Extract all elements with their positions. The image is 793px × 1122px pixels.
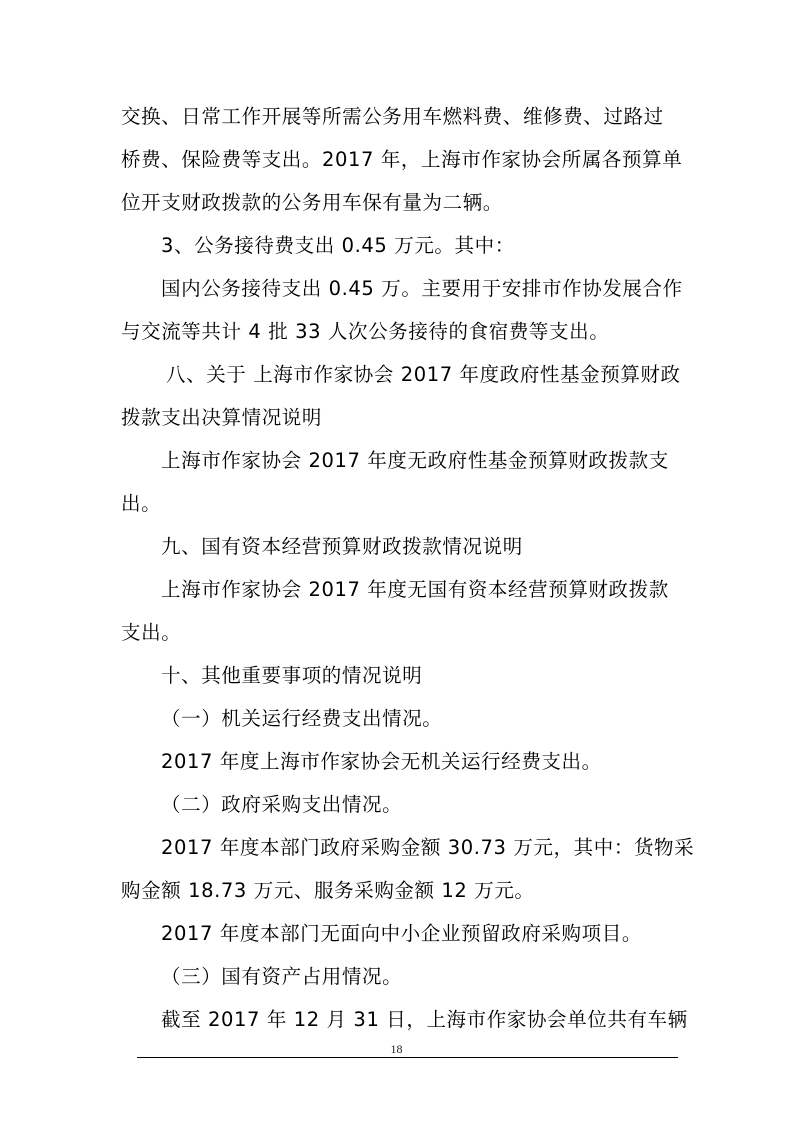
text-line: 出。 — [121, 492, 161, 516]
text-line: 桥费、保险费等支出。2017 年，上海市作家协会所属各预算单 — [121, 148, 682, 172]
subsection-heading-3: （三）国有资产占用情况。 — [161, 965, 402, 989]
section-heading-10: 十、其他重要事项的情况说明 — [161, 664, 422, 688]
text-line: 交换、日常工作开展等所需公务用车燃料费、维修费、过路过 — [121, 105, 664, 129]
text-line: 位开支财政拨款的公务用车保有量为二辆。 — [121, 191, 503, 215]
section-heading-9: 九、国有资本经营预算财政拨款情况说明 — [161, 535, 523, 559]
section-heading-8-cont: 拨款支出决算情况说明 — [121, 406, 322, 430]
text-line: 上海市作家协会 2017 年度无政府性基金预算财政拨款支 — [161, 449, 669, 473]
text-line: 上海市作家协会 2017 年度无国有资本经营预算财政拨款 — [161, 578, 669, 602]
subsection-heading-2: （二）政府采购支出情况。 — [161, 793, 402, 817]
page-number: 18 — [0, 1042, 793, 1057]
document-page: 交换、日常工作开展等所需公务用车燃料费、维修费、过路过 桥费、保险费等支出。20… — [0, 0, 793, 1122]
subsection-heading-1: （一）机关运行经费支出情况。 — [161, 707, 442, 731]
text-line: 截至 2017 年 12 月 31 日，上海市作家协会单位共有车辆 — [161, 1008, 688, 1032]
text-line: 2017 年度本部门政府采购金额 30.73 万元，其中：货物采 — [161, 836, 694, 860]
text-line: 支出。 — [121, 621, 181, 645]
text-line: 2017 年度本部门无面向中小企业预留政府采购项目。 — [161, 922, 642, 946]
section-heading-8: 八、关于 上海市作家协会 2017 年度政府性基金预算财政 — [166, 363, 681, 387]
text-line: 与交流等共计 4 批 33 人次公务接待的食宿费等支出。 — [121, 320, 609, 344]
text-line: 购金额 18.73 万元、服务采购金额 12 万元。 — [121, 879, 535, 903]
text-line: 国内公务接待支出 0.45 万。主要用于安排市作协发展合作 — [161, 277, 683, 301]
text-line: 2017 年度上海市作家协会无机关运行经费支出。 — [161, 750, 602, 774]
footer-divider — [137, 1057, 678, 1058]
section-heading-official-reception: 3、公务接待费支出 0.45 万元。其中： — [161, 234, 515, 258]
